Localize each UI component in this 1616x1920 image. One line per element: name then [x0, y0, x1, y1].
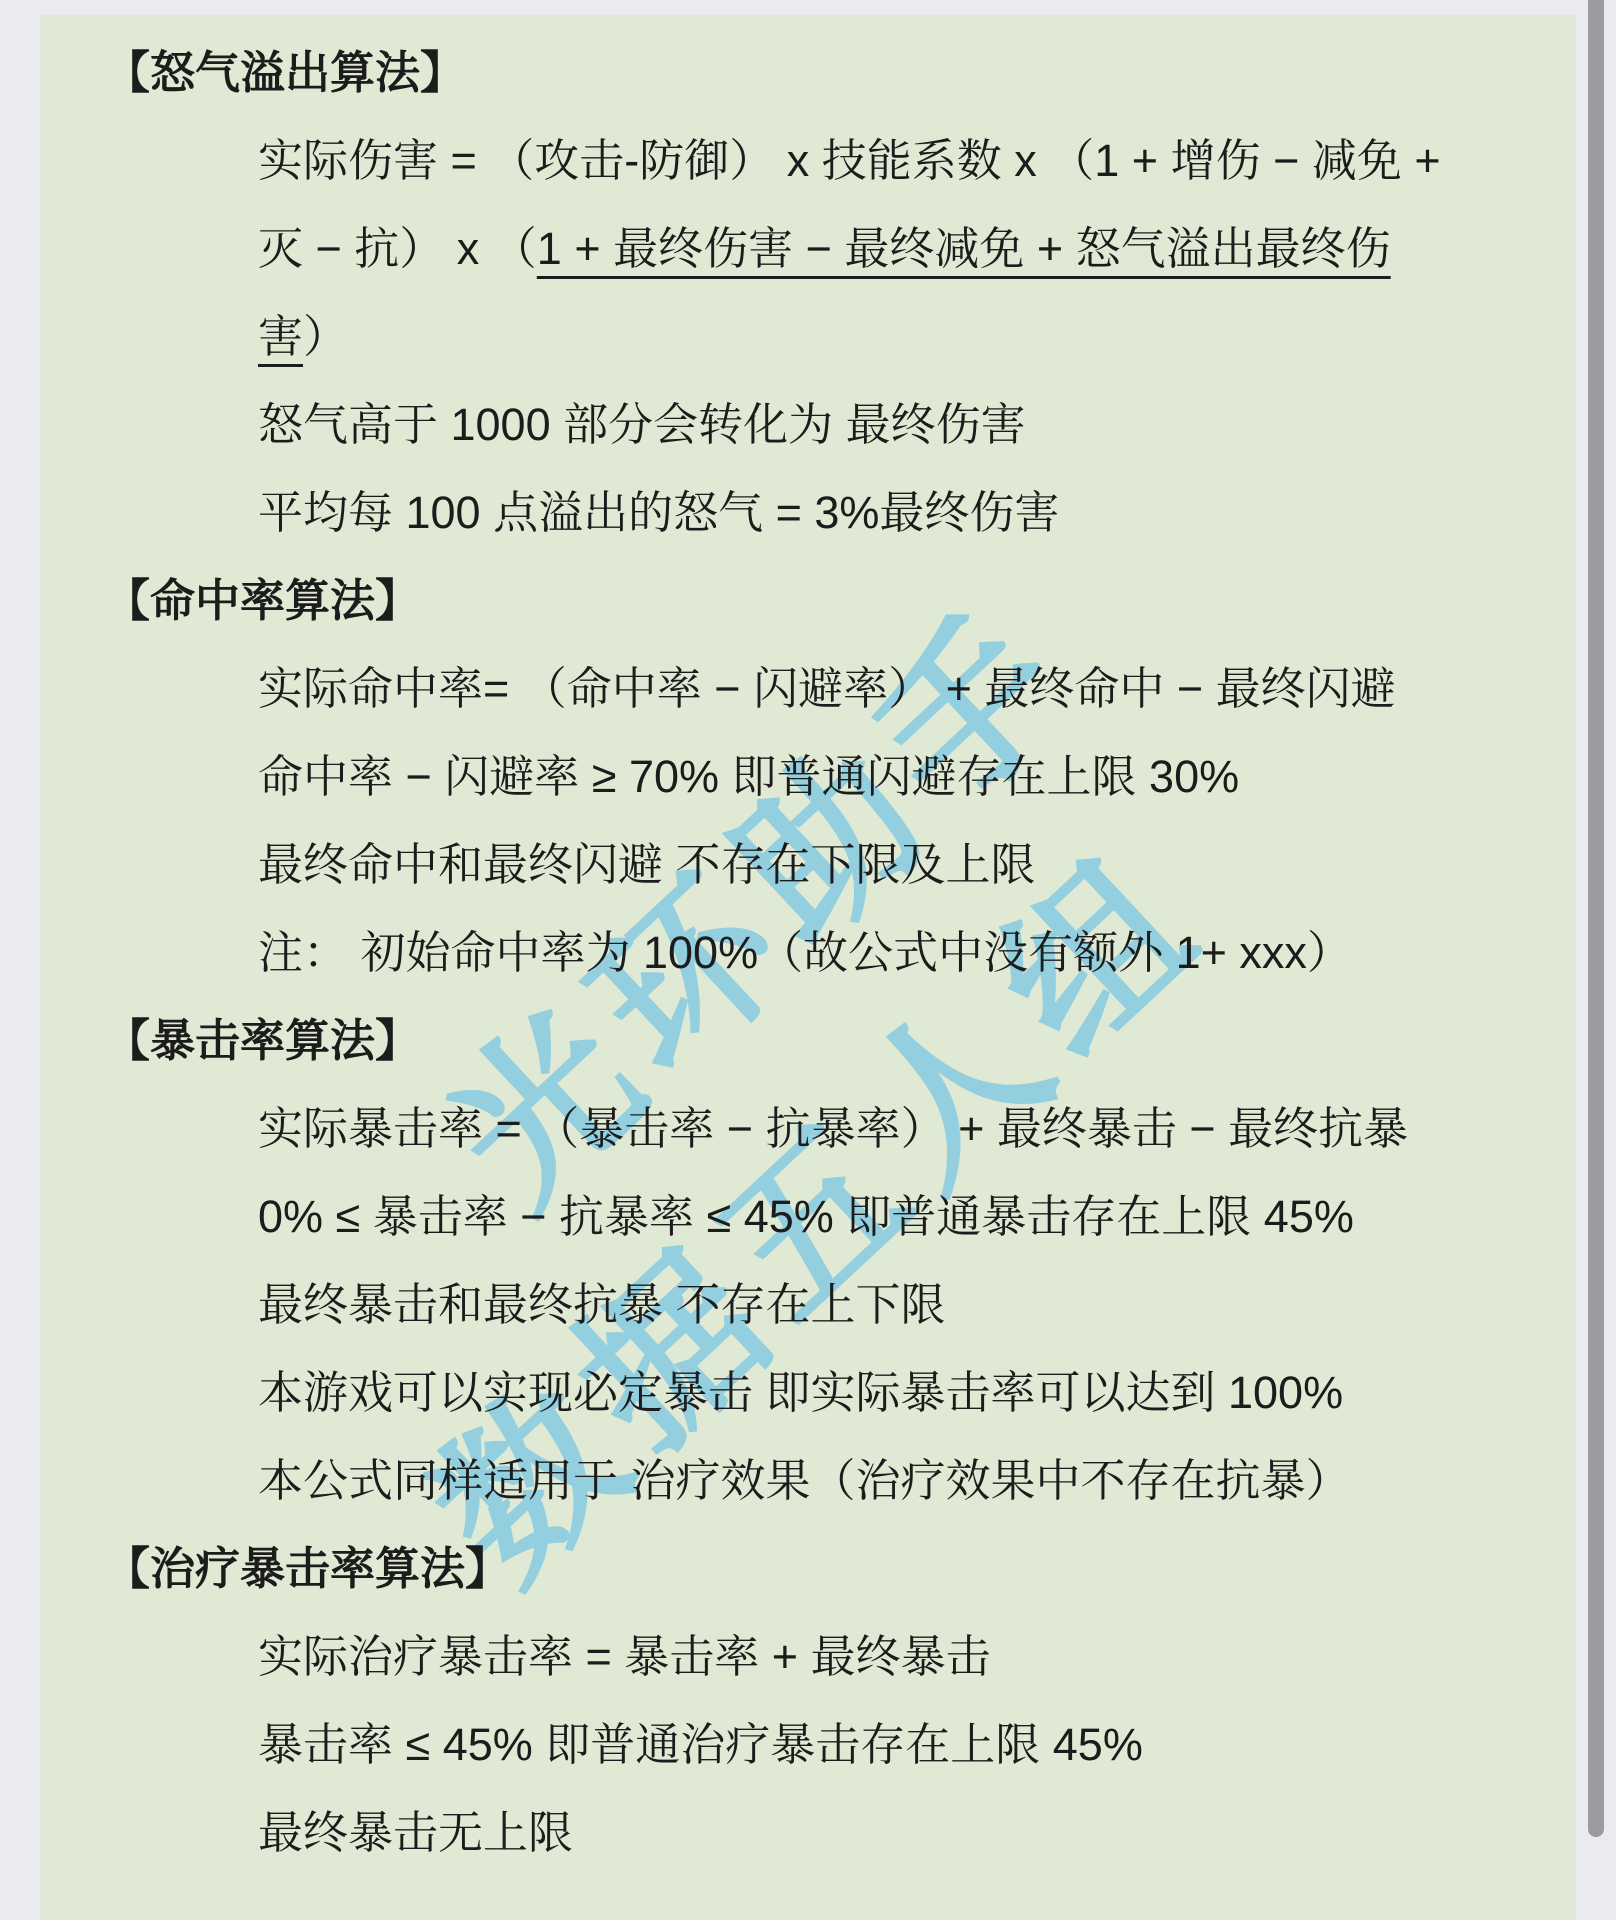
- underlined-segment: 害: [258, 311, 303, 362]
- formula-line: 最终暴击无上限: [105, 1789, 1536, 1877]
- text-segment: 本公式同样适用于 治疗效果（治疗效果中不存在抗暴）: [258, 1455, 1351, 1506]
- formula-line: 实际暴击率 = （暴击率 − 抗暴率） + 最终暴击 − 最终抗暴: [105, 1085, 1536, 1173]
- text-segment: 实际命中率= （命中率 − 闪避率） + 最终命中 − 最终闪避: [258, 663, 1396, 714]
- text-segment: 最终暴击无上限: [258, 1807, 573, 1858]
- scrollbar-track[interactable]: [1576, 0, 1616, 1920]
- formula-line: 命中率 − 闪避率 ≥ 70% 即普通闪避存在上限 30%: [105, 733, 1536, 821]
- section-heading: 【暴击率算法】: [105, 997, 1536, 1085]
- text-segment: 注： 初始命中率为 100%（故公式中没有额外 1+ xxx）: [258, 927, 1352, 978]
- text-segment: 实际伤害 = （攻击-防御） x 技能系数 x （1 + 增伤 − 减免 +: [258, 135, 1441, 186]
- document-card: 光环助手 数据五人组 【怒气溢出算法】实际伤害 = （攻击-防御） x 技能系数…: [40, 15, 1576, 1920]
- text-segment: 本游戏可以实现必定暴击 即实际暴击率可以达到 100%: [258, 1367, 1343, 1418]
- formula-line: 0% ≤ 暴击率 − 抗暴率 ≤ 45% 即普通暴击存在上限 45%: [105, 1173, 1536, 1261]
- formula-line: 注： 初始命中率为 100%（故公式中没有额外 1+ xxx）: [105, 909, 1536, 997]
- formula-line: 最终命中和最终闪避 不存在下限及上限: [105, 821, 1536, 909]
- formula-line: 本游戏可以实现必定暴击 即实际暴击率可以达到 100%: [105, 1349, 1536, 1437]
- text-segment: 怒气高于 1000 部分会转化为 最终伤害: [258, 399, 1026, 450]
- formula-line: 最终暴击和最终抗暴 不存在上下限: [105, 1261, 1536, 1349]
- document-content: 【怒气溢出算法】实际伤害 = （攻击-防御） x 技能系数 x （1 + 增伤 …: [40, 15, 1576, 1877]
- text-segment: 命中率 − 闪避率 ≥ 70% 即普通闪避存在上限 30%: [258, 751, 1239, 802]
- text-segment: 实际治疗暴击率 = 暴击率 + 最终暴击: [258, 1631, 991, 1682]
- text-segment: 实际暴击率 = （暴击率 − 抗暴率） + 最终暴击 − 最终抗暴: [258, 1103, 1408, 1154]
- formula-line: 实际伤害 = （攻击-防御） x 技能系数 x （1 + 增伤 − 减免 +: [105, 117, 1536, 205]
- formula-line: 实际命中率= （命中率 − 闪避率） + 最终命中 − 最终闪避: [105, 645, 1536, 733]
- text-segment: 最终命中和最终闪避 不存在下限及上限: [258, 839, 1036, 890]
- text-segment: 0% ≤ 暴击率 − 抗暴率 ≤ 45% 即普通暴击存在上限 45%: [258, 1191, 1354, 1242]
- scrollbar-thumb[interactable]: [1588, 0, 1604, 1837]
- formula-line: 实际治疗暴击率 = 暴击率 + 最终暴击: [105, 1613, 1536, 1701]
- formula-line: 平均每 100 点溢出的怒气 = 3%最终伤害: [105, 469, 1536, 557]
- text-segment: 最终暴击和最终抗暴 不存在上下限: [258, 1279, 946, 1330]
- text-segment: ）: [303, 311, 348, 362]
- formula-line: 暴击率 ≤ 45% 即普通治疗暴击存在上限 45%: [105, 1701, 1536, 1789]
- text-segment: 灭 − 抗） x （: [258, 223, 537, 274]
- formula-line: 灭 − 抗） x （1 + 最终伤害 − 最终减免 + 怒气溢出最终伤: [105, 205, 1536, 293]
- formula-line: 怒气高于 1000 部分会转化为 最终伤害: [105, 381, 1536, 469]
- underlined-segment: 1 + 最终伤害 − 最终减免 + 怒气溢出最终伤: [537, 223, 1391, 274]
- section-heading: 【治疗暴击率算法】: [105, 1525, 1536, 1613]
- section-heading: 【怒气溢出算法】: [105, 29, 1536, 117]
- text-segment: 暴击率 ≤ 45% 即普通治疗暴击存在上限 45%: [258, 1719, 1143, 1770]
- text-segment: 平均每 100 点溢出的怒气 = 3%最终伤害: [258, 487, 1059, 538]
- formula-line: 本公式同样适用于 治疗效果（治疗效果中不存在抗暴）: [105, 1437, 1536, 1525]
- section-heading: 【命中率算法】: [105, 557, 1536, 645]
- formula-line: 害）: [105, 293, 1536, 381]
